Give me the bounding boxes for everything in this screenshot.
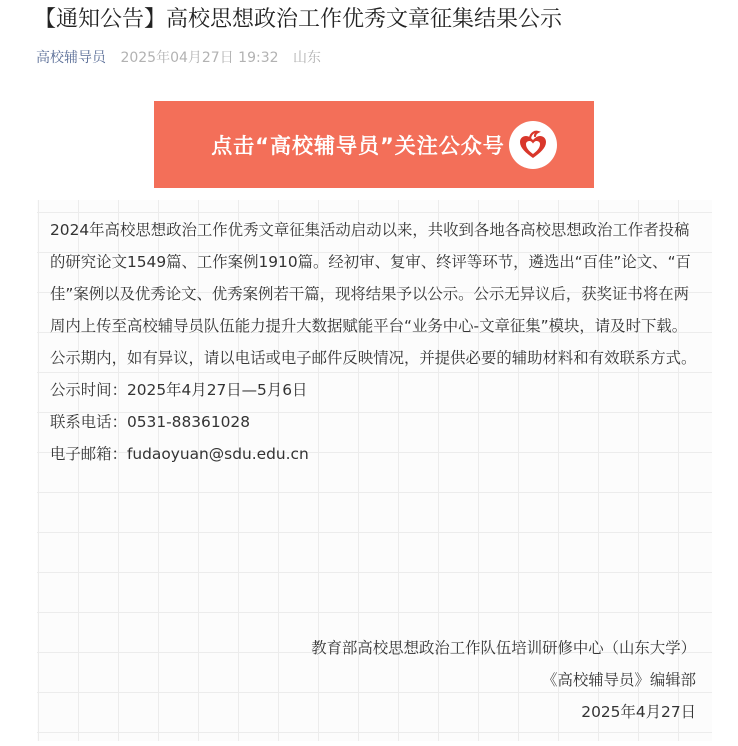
body-contact-phone: 联系电话：0531-88361028 <box>50 406 700 438</box>
body-contact-email: 电子邮箱：fudaoyuan@sdu.edu.cn <box>50 438 700 470</box>
follow-account-banner[interactable]: 点击“高校辅导员”关注公众号 <box>154 101 594 188</box>
publish-location: 山东 <box>293 50 321 66</box>
signature-date: 2025年4月27日 <box>311 696 696 728</box>
article-body: 2024年高校思想政治工作优秀文章征集活动启动以来，共收到各地各高校思想政治工作… <box>50 214 700 470</box>
signature-org: 教育部高校思想政治工作队伍培训研修中心（山东大学） <box>311 632 696 664</box>
body-paragraph-objection: 公示期内，如有异议，请以电话或电子邮件反映情况，并提供必要的辅助材料和有效联系方… <box>50 342 700 374</box>
body-paragraph-intro: 2024年高校思想政治工作优秀文章征集活动启动以来，共收到各地各高校思想政治工作… <box>50 214 700 342</box>
account-name-link[interactable]: 高校辅导员 <box>36 50 106 66</box>
banner-text: 点击“高校辅导员”关注公众号 <box>211 130 505 160</box>
article-title: 【通知公告】高校思想政治工作优秀文章征集结果公示 <box>34 4 562 36</box>
body-publicity-period: 公示时间：2025年4月27日—5月6日 <box>50 374 700 406</box>
signature-dept: 《高校辅导员》编辑部 <box>311 664 696 696</box>
article-meta: 高校辅导员 2025年04月27日 19:32 山东 <box>36 48 321 68</box>
publish-datetime: 2025年04月27日 19:32 <box>120 50 278 66</box>
heart-logo-icon <box>509 121 557 169</box>
signature-block: 教育部高校思想政治工作队伍培训研修中心（山东大学） 《高校辅导员》编辑部 202… <box>311 632 696 728</box>
